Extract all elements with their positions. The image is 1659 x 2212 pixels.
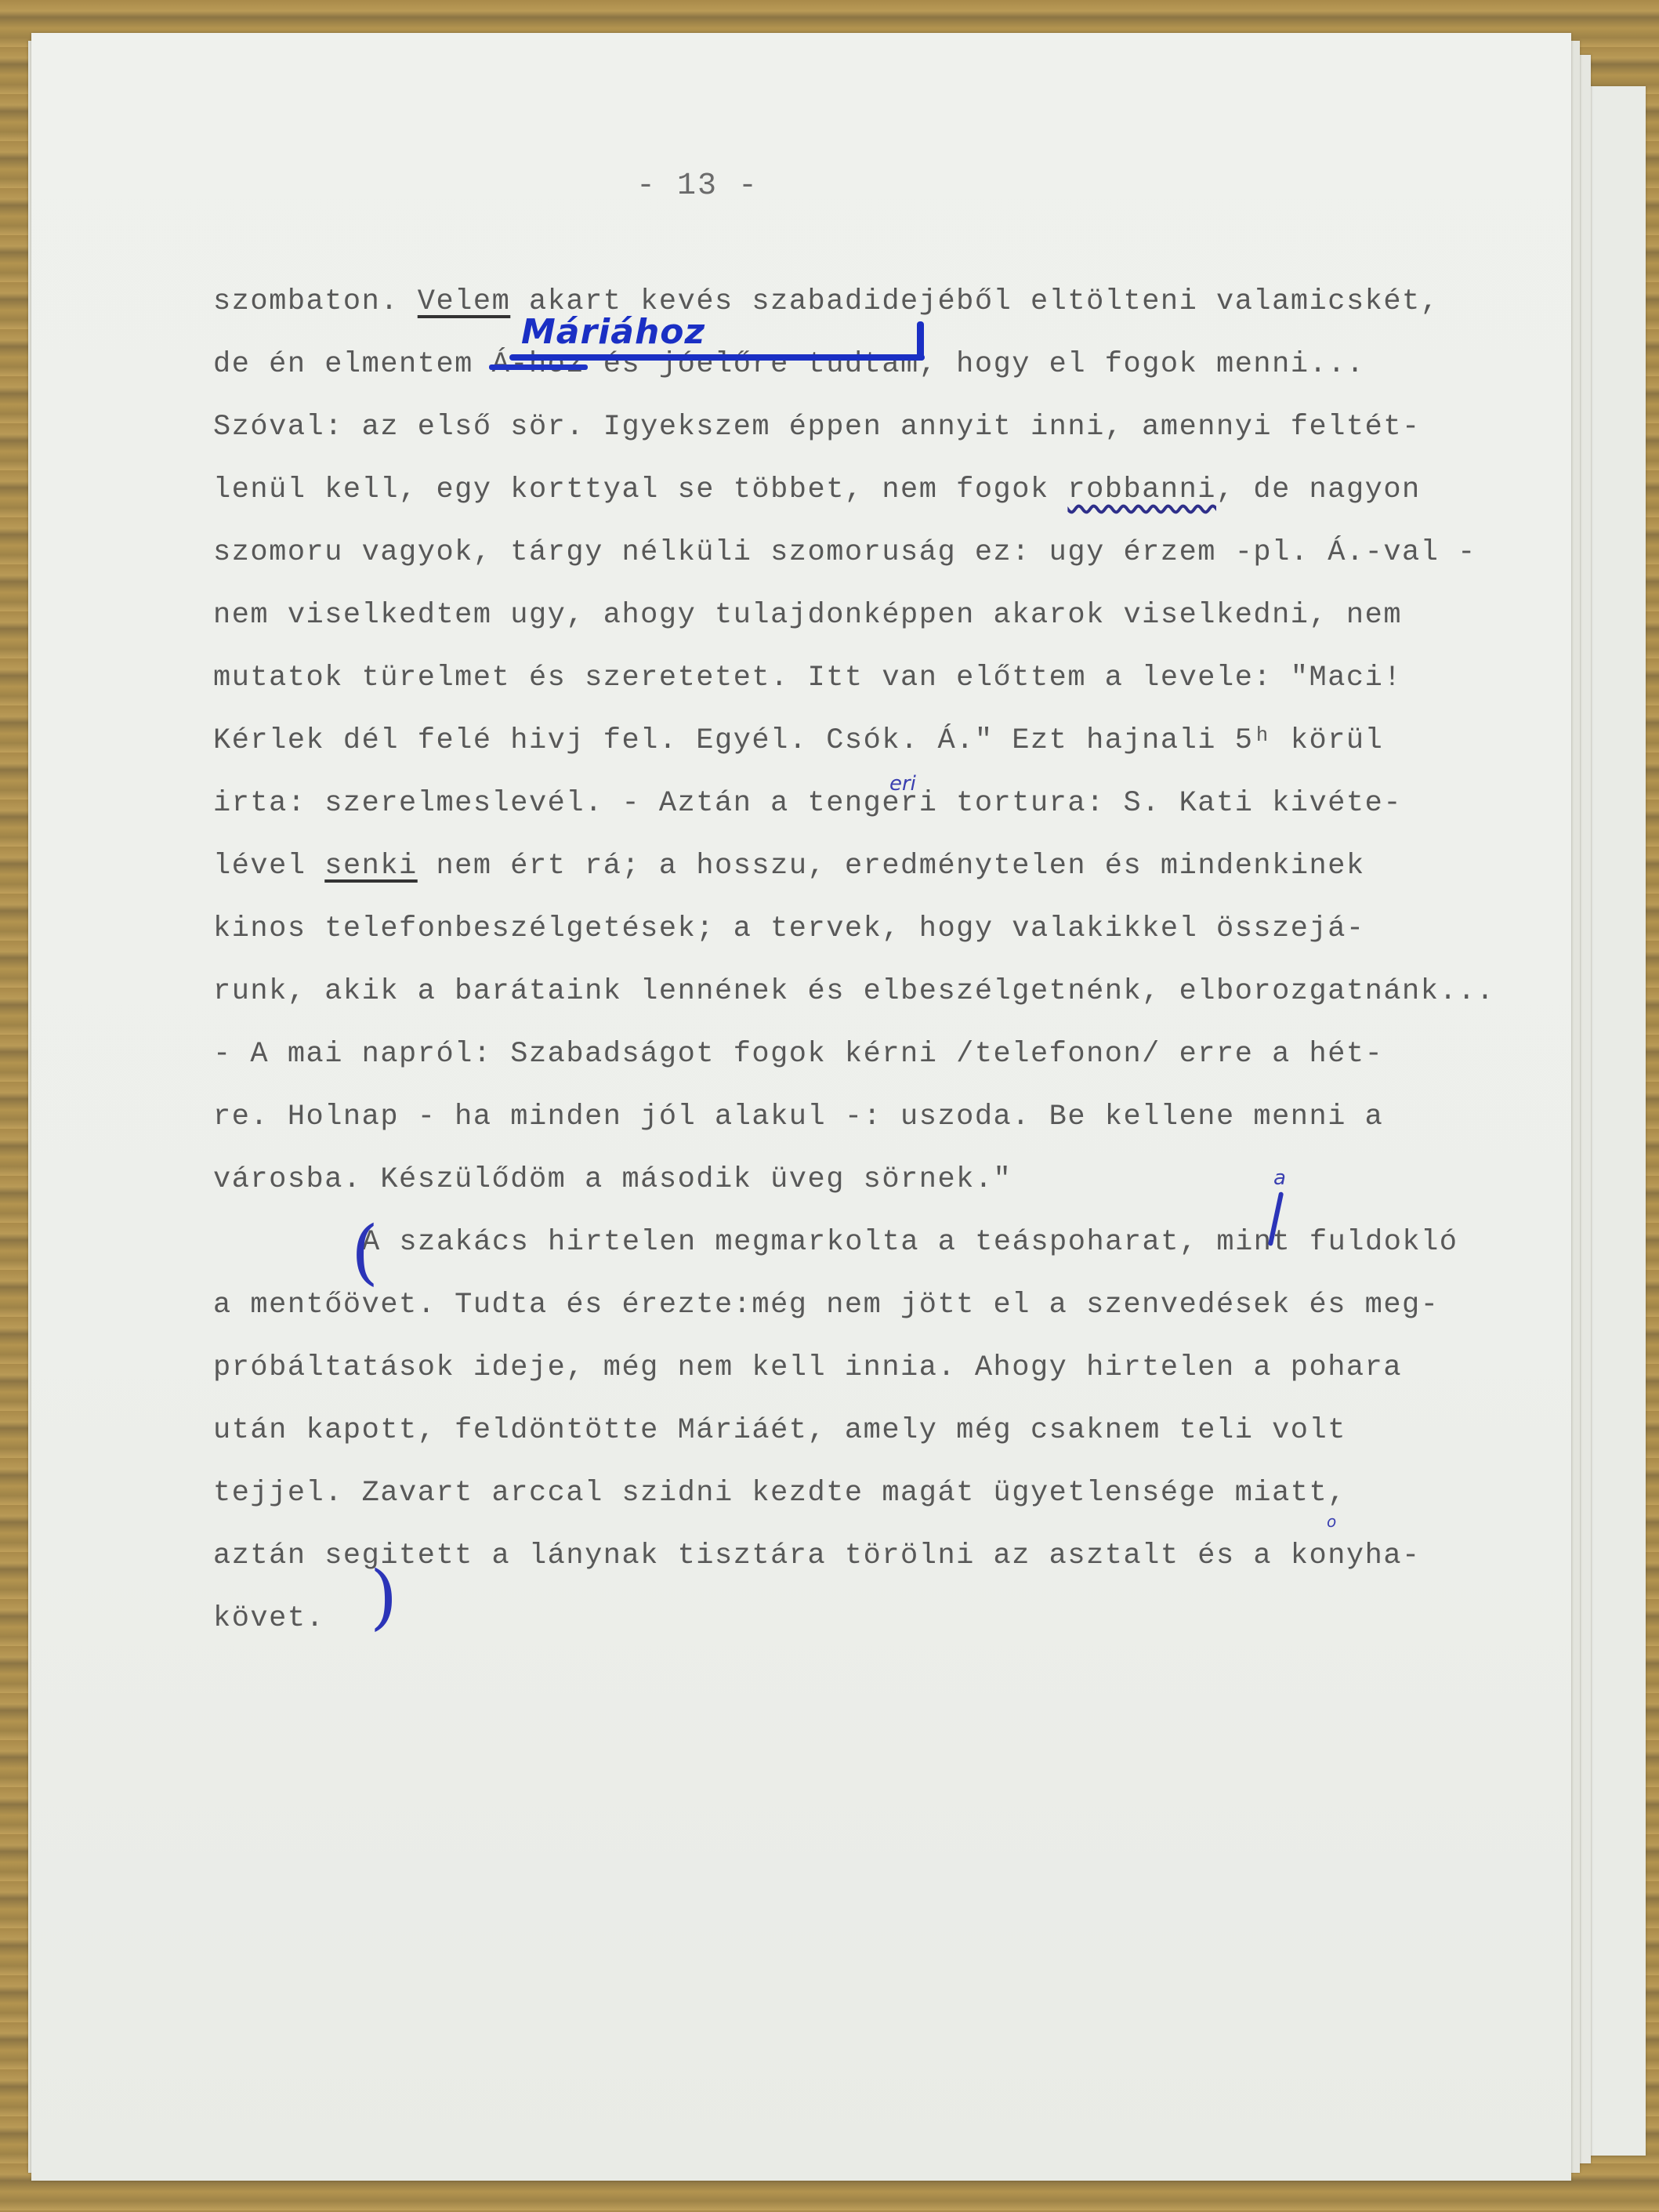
handwritten-insert-line [509, 354, 925, 361]
text-line: szomoru vagyok, tárgy nélküli szomoruság… [213, 521, 1545, 584]
text-line: aztán segitett a lánynak tisztára töröln… [213, 1525, 1545, 1587]
handwritten-insert-a: a [1273, 1166, 1286, 1190]
text-line: irta: szerelmeslevél. - Aztán a tengeri … [213, 772, 1545, 835]
text-line: követ. [213, 1587, 1545, 1650]
text-line: A szakács hirtelen megmarkolta a teáspoh… [213, 1211, 1545, 1274]
typed-underline: senki [324, 850, 418, 883]
text-line: a mentőövet. Tudta és érezte:még nem jöt… [213, 1274, 1545, 1336]
line-text: tejjel. Zavart arccal szidni kezdte magá… [213, 1477, 1346, 1510]
handwritten-close-paren: ) [370, 1556, 397, 1638]
line-text: és jóelőre tudtam, hogy el fogok menni..… [585, 348, 1365, 381]
line-text: mutatok türelmet és szeretetet. Itt van … [213, 662, 1402, 694]
text-line: runk, akik a barátaink lennének és elbes… [213, 960, 1545, 1023]
text-line: szombaton. Velem akart kevés szabadidejé… [213, 270, 1545, 333]
line-text: irta: szerelmeslevél. - Aztán a tengeri … [213, 787, 1402, 820]
line-text: re. Holnap - ha minden jól alakul -: usz… [213, 1101, 1383, 1133]
typewritten-body: szombaton. Velem akart kevés szabadidejé… [213, 270, 1545, 1650]
text-line: után kapott, feldöntötte Máriáét, amely … [213, 1399, 1545, 1462]
text-line: próbáltatások ideje, még nem kell innia.… [213, 1336, 1545, 1399]
line-text: nem ért rá; a hosszu, eredménytelen és m… [418, 850, 1365, 883]
line-text: után kapott, feldöntötte Máriáét, amely … [213, 1414, 1346, 1447]
line-text: de én elmentem [213, 348, 492, 381]
text-line: kinos telefonbeszélgetések; a tervek, ho… [213, 897, 1545, 960]
text-line: re. Holnap - ha minden jól alakul -: usz… [213, 1086, 1545, 1148]
line-text: próbáltatások ideje, még nem kell innia.… [213, 1351, 1402, 1384]
line-text: lenül kell, egy korttyal se többet, nem … [213, 473, 1067, 506]
handwritten-open-paren: ( [351, 1211, 379, 1293]
handwritten-insert-mariahoz: Máriához [521, 312, 705, 352]
ink-underline: robbanni [1067, 473, 1216, 506]
line-text: Szóval: az első sör. Igyekszem éppen ann… [213, 411, 1421, 444]
line-text: nem viselkedtem ugy, ahogy tulajdonképpe… [213, 599, 1402, 632]
text-line: de én elmentem Á-hoz és jóelőre tudtam, … [213, 333, 1545, 396]
handwritten-insert-hook [917, 321, 924, 361]
handwritten-correction-konyha: o [1327, 1512, 1336, 1531]
line-text: - A mai napról: Szabadságot fogok kérni … [213, 1038, 1383, 1071]
text-line: városba. Készülődöm a második üveg sörne… [213, 1148, 1545, 1211]
line-text: a mentőövet. Tudta és érezte:még nem jöt… [213, 1289, 1439, 1322]
text-line: Szóval: az első sör. Igyekszem éppen ann… [213, 396, 1545, 459]
text-line: lével senki nem ért rá; a hosszu, eredmé… [213, 835, 1545, 897]
text-line: lenül kell, egy korttyal se többet, nem … [213, 459, 1545, 521]
line-text: A szakács hirtelen megmarkolta a teáspoh… [362, 1226, 1458, 1259]
line-text: követ. [213, 1602, 324, 1635]
line-text: szomoru vagyok, tárgy nélküli szomoruság… [213, 536, 1476, 569]
page-number: - 13 - [0, 169, 1395, 204]
text-line: mutatok türelmet és szeretetet. Itt van … [213, 647, 1545, 709]
line-text: Kérlek dél felé hivj fel. Egyél. Csók. Á… [213, 724, 1383, 757]
line-text: runk, akik a barátaink lennének és elbes… [213, 975, 1495, 1008]
text-line: nem viselkedtem ugy, ahogy tulajdonképpe… [213, 584, 1545, 647]
ink-strikethrough: Á-hoz [492, 348, 585, 381]
text-line: - A mai napról: Szabadságot fogok kérni … [213, 1023, 1545, 1086]
line-text: városba. Készülődöm a második üveg sörne… [213, 1163, 1012, 1196]
handwritten-correction-tengeri: eri [889, 772, 916, 796]
line-text: kinos telefonbeszélgetések; a tervek, ho… [213, 912, 1365, 945]
typed-underline: Velem [418, 285, 511, 318]
line-text: , de nagyon [1216, 473, 1421, 506]
line-text: lével [213, 850, 324, 883]
line-text: szombaton. [213, 285, 418, 318]
text-line: Kérlek dél felé hivj fel. Egyél. Csók. Á… [213, 709, 1545, 772]
text-line: tejjel. Zavart arccal szidni kezdte magá… [213, 1462, 1545, 1525]
